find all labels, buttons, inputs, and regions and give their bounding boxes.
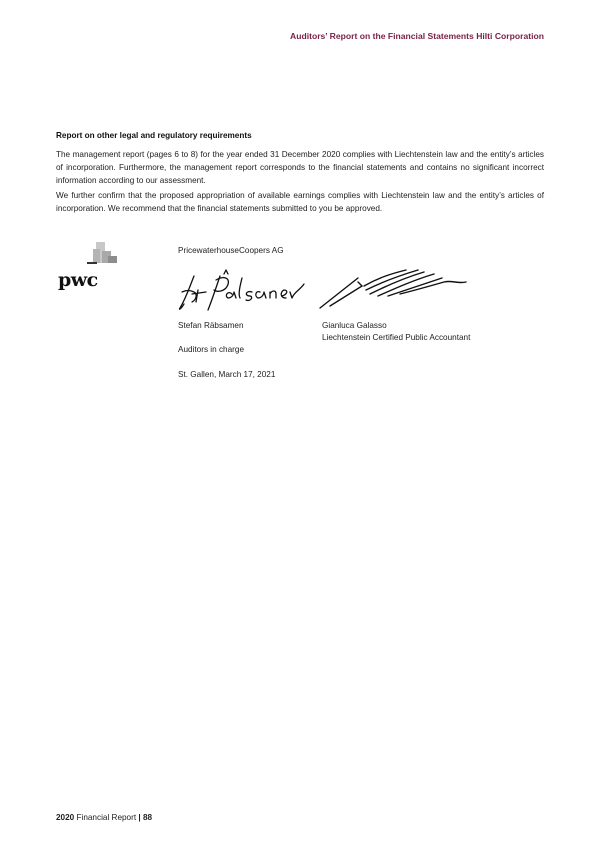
signer-1-role: Auditors in charge <box>178 345 244 354</box>
footer-separator: | <box>138 813 140 822</box>
paragraph-management-report: The management report (pages 6 to 8) for… <box>56 148 544 187</box>
firm-name: PricewaterhouseCoopers AG <box>178 246 284 255</box>
signer-2-title: Liechtenstein Certified Public Accountan… <box>322 333 470 342</box>
paragraph-appropriation: We further confirm that the proposed app… <box>56 189 544 215</box>
signature-1-icon <box>176 262 316 314</box>
pwc-logo-text: pwc <box>58 269 98 291</box>
pwc-logo-icon: pwc <box>58 242 122 292</box>
signature-2-icon <box>318 264 468 310</box>
page-number: 88 <box>143 813 152 822</box>
footer-year: 2020 <box>56 813 74 822</box>
signer-1-name: Stefan Räbsamen <box>178 321 244 330</box>
footer-label: Financial Report <box>77 813 137 822</box>
page-footer: 2020 Financial Report | 88 <box>56 813 152 822</box>
signer-2-name: Gianluca Galasso <box>322 321 387 330</box>
running-header: Auditors’ Report on the Financial Statem… <box>290 31 544 41</box>
section-heading: Report on other legal and regulatory req… <box>56 131 252 140</box>
place-date: St. Gallen, March 17, 2021 <box>178 370 275 379</box>
